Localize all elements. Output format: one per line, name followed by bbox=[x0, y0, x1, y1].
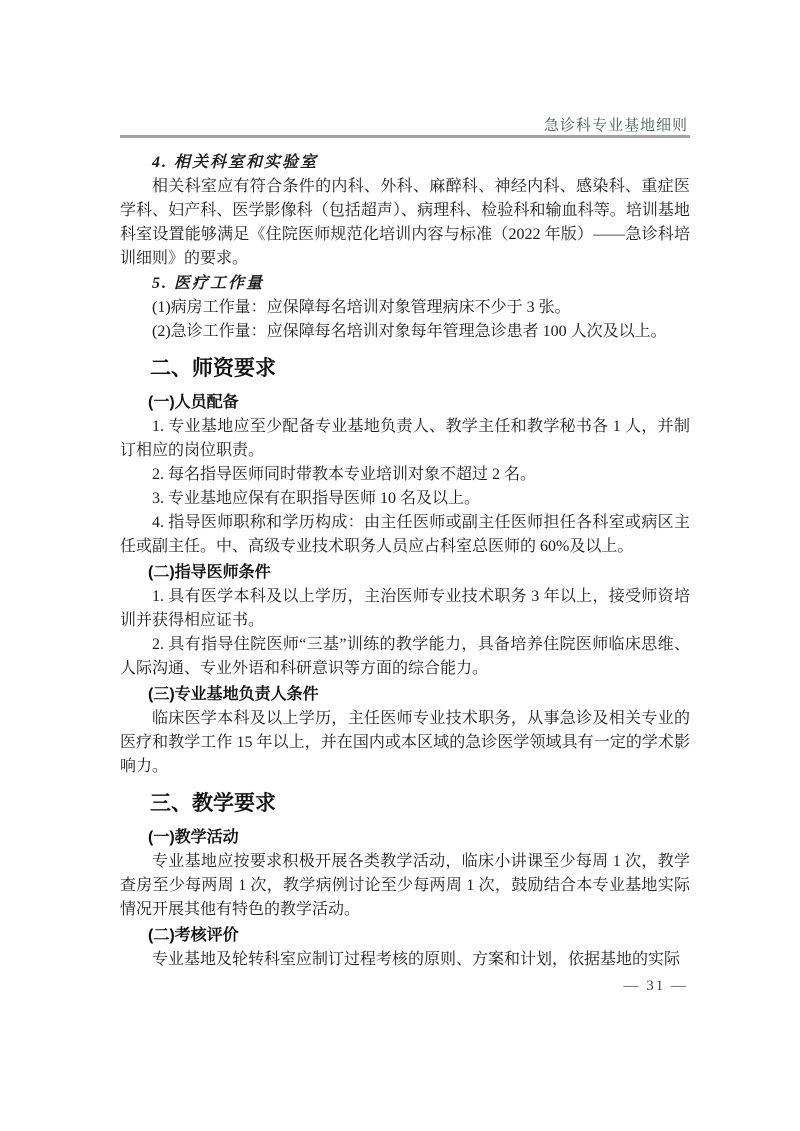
paragraph-base-leader: 临床医学本科及以上学历，主任医师专业技术职务，从事急诊及相关专业的医疗和教学工作… bbox=[120, 707, 690, 779]
paragraph-staffing-1: 1. 专业基地应至少配备专业基地负责人、教学主任和教学秘书各 1 人，并制订相应… bbox=[120, 415, 690, 463]
sub-heading-supervisor-conditions: (二)指导医师条件 bbox=[120, 560, 690, 585]
item-heading-medical-workload: 5. 医疗工作量 bbox=[120, 271, 690, 296]
section-heading-faculty-requirements: 二、师资要求 bbox=[120, 353, 690, 383]
section-heading-teaching-requirements: 三、教学要求 bbox=[120, 788, 690, 818]
sub-heading-teaching-activities: (一)教学活动 bbox=[120, 825, 690, 850]
paragraph-staffing-3: 3. 专业基地应保有在职指导医师 10 名及以上。 bbox=[120, 487, 690, 511]
document-body: 4. 相关科室和实验室 相关科室应有符合条件的内科、外科、麻醉科、神经内科、感染… bbox=[120, 150, 690, 972]
document-page: 急诊科专业基地细则 4. 相关科室和实验室 相关科室应有符合条件的内科、外科、麻… bbox=[0, 0, 800, 1131]
paragraph-supervisor-1: 1. 具有医学本科及以上学历，主治医师专业技术职务 3 年以上，接受师资培训并获… bbox=[120, 585, 690, 633]
sub-heading-staffing: (一)人员配备 bbox=[120, 390, 690, 415]
running-title: 急诊科专业基地细则 bbox=[544, 114, 688, 135]
paragraph-supervisor-2: 2. 具有指导住院医师“三基”训练的教学能力，具备培养住院医师临床思维、人际沟通… bbox=[120, 633, 690, 681]
paragraph-emergency-workload: (2)急诊工作量：应保障每名培训对象每年管理急诊患者 100 人次及以上。 bbox=[120, 320, 690, 344]
paragraph-staffing-2: 2. 每名指导医师同时带教本专业培训对象不超过 2 名。 bbox=[120, 463, 690, 487]
page-number: — 31 — bbox=[624, 978, 689, 995]
paragraph-related-departments: 相关科室应有符合条件的内科、外科、麻醉科、神经内科、感染科、重症医学科、妇产科、… bbox=[120, 175, 690, 271]
header-rule bbox=[120, 135, 690, 138]
paragraph-teaching-activities: 专业基地应按要求积极开展各类教学活动，临床小讲课至少每周 1 次，教学查房至少每… bbox=[120, 850, 690, 922]
paragraph-staffing-4: 4. 指导医师职称和学历构成：由主任医师或副主任医师担任各科室或病区主任或副主任… bbox=[120, 511, 690, 559]
paragraph-assessment: 专业基地及轮转科室应制订过程考核的原则、方案和计划，依据基地的实际 bbox=[120, 948, 690, 972]
item-heading-related-departments: 4. 相关科室和实验室 bbox=[120, 150, 690, 175]
sub-heading-base-leader-conditions: (三)专业基地负责人条件 bbox=[120, 682, 690, 707]
sub-heading-assessment: (二)考核评价 bbox=[120, 923, 690, 948]
paragraph-ward-workload: (1)病房工作量：应保障每名培训对象管理病床不少于 3 张。 bbox=[120, 296, 690, 320]
